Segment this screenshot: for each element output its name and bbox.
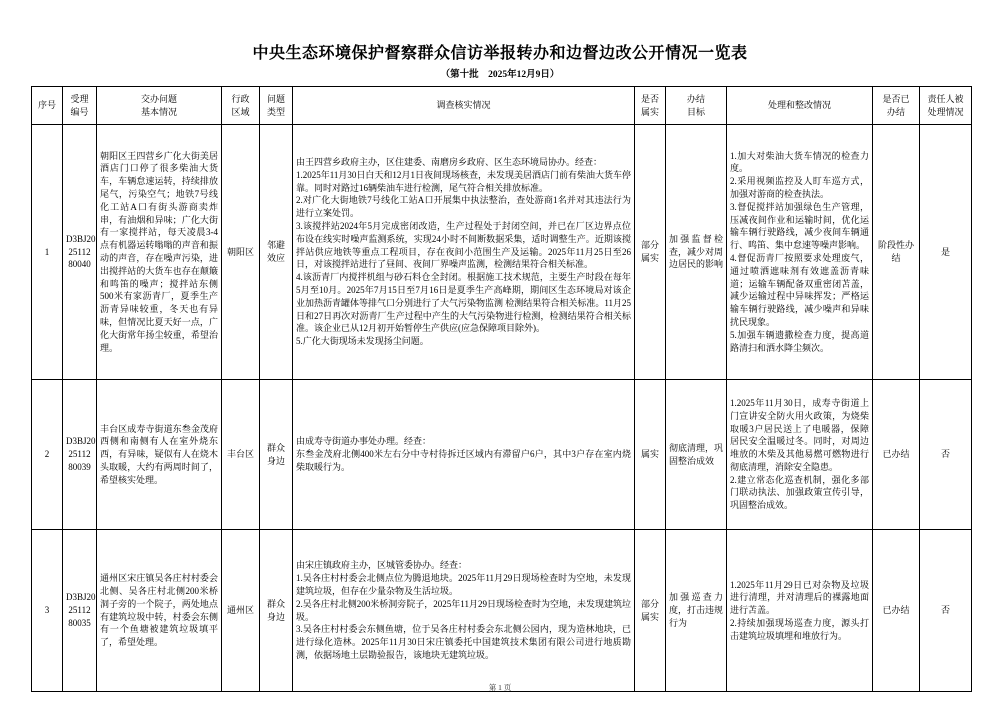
header-investigation: 调查核实情况 <box>293 87 635 125</box>
header-handling: 处理和整改情况 <box>727 87 873 125</box>
cell-investigation: 由王四营乡政府主办，区住建委、南磨房乡政府、区生态环境局协办。经查： 1.202… <box>293 125 635 380</box>
cell-handling: 1.2025年11月29日已对杂物及垃圾进行清理，并对清理后的裸露地面进行苫盖。… <box>727 530 873 692</box>
cell-investigation: 由宋庄镇政府主办，区城管委协办。经查： 1.吴各庄村村委会北侧点位为腾退地块。2… <box>293 530 635 692</box>
cell-responsible: 否 <box>920 530 972 692</box>
cell-problem: 通州区宋庄镇吴各庄村村委会北侧、吴各庄村北侧200米桥洞子旁的一个院子，两处地点… <box>97 530 222 692</box>
cell-verified: 部分属实 <box>635 125 666 380</box>
table-row: 3 D3BJ20 25112 80035 通州区宋庄镇吴各庄村村委会北侧、吴各庄… <box>32 530 972 692</box>
page-subtitle: （第十批 2025年12月9日） <box>0 66 1000 80</box>
cell-seq: 3 <box>32 530 63 692</box>
report-table: 序号 受理 编号 交办问题 基本情况 行政 区域 问题 类型 调查核实情况 是否… <box>31 86 972 692</box>
cell-problem: 丰台区成寿寺街道东叁金茂府西侧和南侧有人在室外烧东西，有异味，疑似有人在烧木头取… <box>97 380 222 530</box>
cell-type: 群众身边 <box>260 380 293 530</box>
cell-problem: 朝阳区王四营乡广化大街美居酒店门口停了很多柴油大货车，车辆怠速运转，持续排放尾气… <box>97 125 222 380</box>
cell-type: 邻避效应 <box>260 125 293 380</box>
table-row: 2 D3BJ20 25112 80039 丰台区成寿寺街道东叁金茂府西侧和南侧有… <box>32 380 972 530</box>
header-verified: 是否 属实 <box>635 87 666 125</box>
cell-verified: 部分属实 <box>635 530 666 692</box>
cell-responsible: 否 <box>920 380 972 530</box>
header-seq: 序号 <box>32 87 63 125</box>
cell-handling: 1.加大对柴油大货车情况的检查力度。 2.采用视频监控及人盯车巡方式，加强对游商… <box>727 125 873 380</box>
header-responsible: 责任人被 处理情况 <box>920 87 972 125</box>
cell-investigation: 由成寿寺街道办事处办理。经查： 东叁金茂府北侧400米左右分中寺村待拆迁区域内有… <box>293 380 635 530</box>
cell-seq: 2 <box>32 380 63 530</box>
header-case-no: 受理 编号 <box>63 87 97 125</box>
cell-completed: 已办结 <box>873 380 920 530</box>
cell-target: 加强巡查力度，打击违规行为 <box>666 530 727 692</box>
cell-region: 丰台区 <box>222 380 260 530</box>
table-row: 1 D3BJ20 25112 80040 朝阳区王四营乡广化大街美居酒店门口停了… <box>32 125 972 380</box>
cell-seq: 1 <box>32 125 63 380</box>
cell-completed: 阶段性办结 <box>873 125 920 380</box>
cell-responsible: 是 <box>920 125 972 380</box>
cell-case-no: D3BJ20 25112 80035 <box>63 530 97 692</box>
header-region: 行政 区域 <box>222 87 260 125</box>
page-title: 中央生态环境保护督察群众信访举报转办和边督边改公开情况一览表 <box>0 40 1000 63</box>
cell-type: 群众身边 <box>260 530 293 692</box>
cell-case-no: D3BJ20 25112 80039 <box>63 380 97 530</box>
header-completed: 是否已 办结 <box>873 87 920 125</box>
cell-completed: 已办结 <box>873 530 920 692</box>
header-target: 办结 目标 <box>666 87 727 125</box>
cell-case-no: D3BJ20 25112 80040 <box>63 125 97 380</box>
header-problem: 交办问题 基本情况 <box>97 87 222 125</box>
cell-verified: 属实 <box>635 380 666 530</box>
cell-region: 通州区 <box>222 530 260 692</box>
cell-target: 加强监督检查，减少对周边居民的影响 <box>666 125 727 380</box>
cell-region: 朝阳区 <box>222 125 260 380</box>
cell-target: 彻底清理，巩固整治成效 <box>666 380 727 530</box>
cell-handling: 1.2025年11月30日，成寿寺街道上门宣讲安全防火用火政策，为烧柴取暖3户居… <box>727 380 873 530</box>
header-type: 问题 类型 <box>260 87 293 125</box>
page-number: 第 1 页 <box>0 682 1000 693</box>
header-row: 序号 受理 编号 交办问题 基本情况 行政 区域 问题 类型 调查核实情况 是否… <box>32 87 972 125</box>
